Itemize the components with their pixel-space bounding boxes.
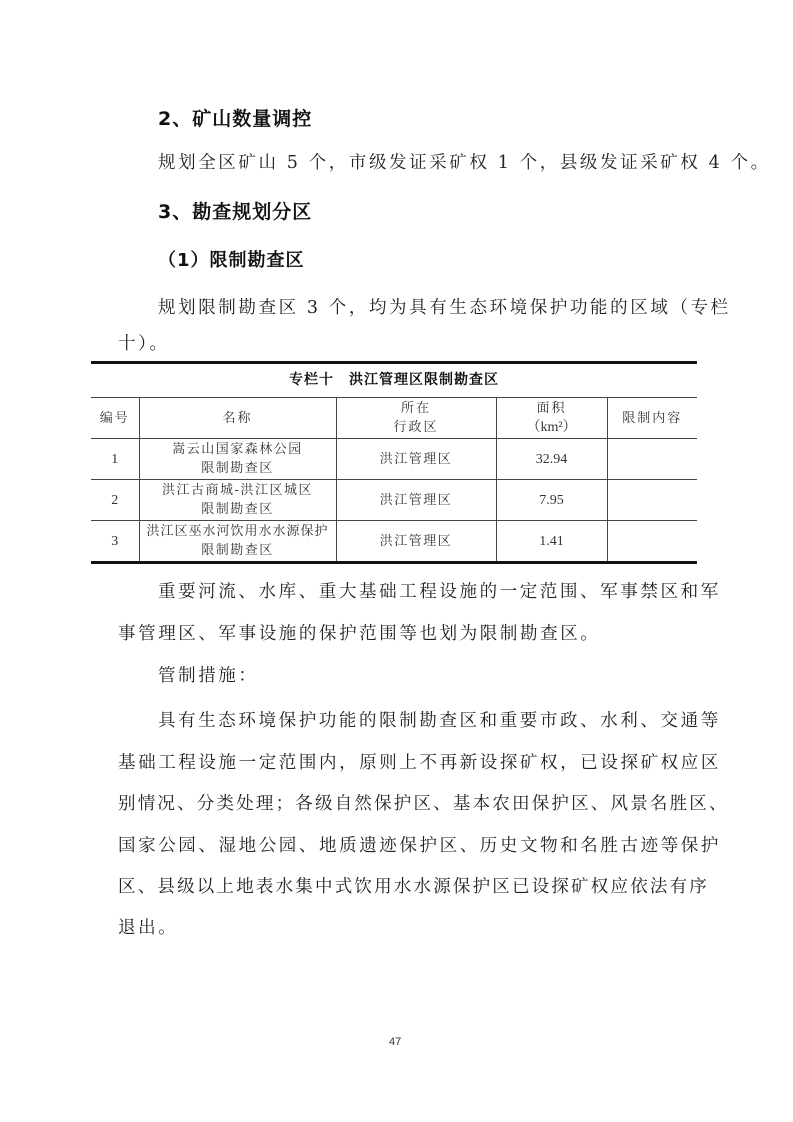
header-name: 名称	[139, 398, 336, 439]
control-measures-line-4: 国家公园、湿地公园、地质遗迹保护区、历史文物和名胜古迹等保护	[118, 832, 721, 857]
cell-district: 洪江管理区	[336, 480, 496, 521]
table-header-row: 编号 名称 所在 行政区 面积 （km²） 限制内容	[91, 398, 697, 439]
cell-name-line2: 限制勘查区	[140, 459, 336, 478]
cell-restriction	[607, 521, 697, 563]
cell-district: 洪江管理区	[336, 439, 496, 480]
table-caption: 专栏十 洪江管理区限制勘查区	[91, 363, 697, 398]
cell-name: 洪江区巫水河饮用水水源保护 限制勘查区	[139, 521, 336, 563]
paragraph-mine-quantity: 规划全区矿山 5 个，市级发证采矿权 1 个，县级发证采矿权 4 个。	[158, 149, 771, 174]
cell-name-line1: 洪江区巫水河饮用水水源保护	[140, 522, 336, 541]
paragraph-also-restricted-line-2: 事管理区、军事设施的保护范围等也划为限制勘查区。	[118, 620, 600, 645]
header-district-line2: 行政区	[337, 418, 496, 437]
paragraph-intro-line-2: 十）。	[118, 330, 170, 355]
control-measures-label: 管制措施：	[158, 662, 259, 687]
cell-name-line1: 嵩云山国家森林公园	[140, 440, 336, 459]
cell-area: 7.95	[496, 480, 607, 521]
control-measures-line-3: 别情况、分类处理；各级自然保护区、基本农田保护区、风景名胜区、	[118, 790, 729, 815]
control-measures-line-5: 区、县级以上地表水集中式饮用水水源保护区已设探矿权应依法有序	[118, 873, 709, 898]
section-heading-exploration-zoning: 3、勘查规划分区	[158, 197, 312, 224]
subheading-restricted-exploration: （1）限制勘查区	[158, 246, 305, 272]
table-row: 3 洪江区巫水河饮用水水源保护 限制勘查区 洪江管理区 1.41	[91, 521, 697, 563]
cell-name-line2: 限制勘查区	[140, 541, 336, 560]
page-number: 47	[389, 1036, 401, 1048]
table-row: 2 洪江古商城-洪江区城区 限制勘查区 洪江管理区 7.95	[91, 480, 697, 521]
restricted-exploration-table: 专栏十 洪江管理区限制勘查区 编号 名称 所在 行政区 面积 （km²） 限制内…	[91, 361, 697, 564]
control-measures-line-6: 退出。	[118, 914, 178, 939]
header-restriction: 限制内容	[607, 398, 697, 439]
header-district: 所在 行政区	[336, 398, 496, 439]
cell-name-line2: 限制勘查区	[140, 500, 336, 519]
cell-no: 1	[91, 439, 139, 480]
paragraph-also-restricted-line-1: 重要河流、水库、重大基础工程设施的一定范围、军事禁区和军	[158, 578, 721, 603]
table-row: 1 嵩云山国家森林公园 限制勘查区 洪江管理区 32.94	[91, 439, 697, 480]
cell-no: 2	[91, 480, 139, 521]
paragraph-intro-line-1: 规划限制勘查区 3 个，均为具有生态环境保护功能的区域（专栏	[158, 294, 731, 319]
cell-area: 1.41	[496, 521, 607, 563]
cell-name: 洪江古商城-洪江区城区 限制勘查区	[139, 480, 336, 521]
header-district-line1: 所在	[337, 399, 496, 418]
section-heading-mine-quantity: 2、矿山数量调控	[158, 104, 312, 131]
cell-name-line1: 洪江古商城-洪江区城区	[140, 481, 336, 500]
cell-district: 洪江管理区	[336, 521, 496, 563]
header-area-line2: （km²）	[497, 418, 607, 437]
header-area-line1: 面积	[497, 399, 607, 418]
cell-name: 嵩云山国家森林公园 限制勘查区	[139, 439, 336, 480]
cell-restriction	[607, 439, 697, 480]
control-measures-line-1: 具有生态环境保护功能的限制勘查区和重要市政、水利、交通等	[158, 707, 721, 732]
control-measures-line-2: 基础工程设施一定范围内，原则上不再新设探矿权，已设探矿权应区	[118, 749, 721, 774]
header-area: 面积 （km²）	[496, 398, 607, 439]
header-no: 编号	[91, 398, 139, 439]
cell-no: 3	[91, 521, 139, 563]
cell-area: 32.94	[496, 439, 607, 480]
table-caption-row: 专栏十 洪江管理区限制勘查区	[91, 363, 697, 398]
cell-restriction	[607, 480, 697, 521]
